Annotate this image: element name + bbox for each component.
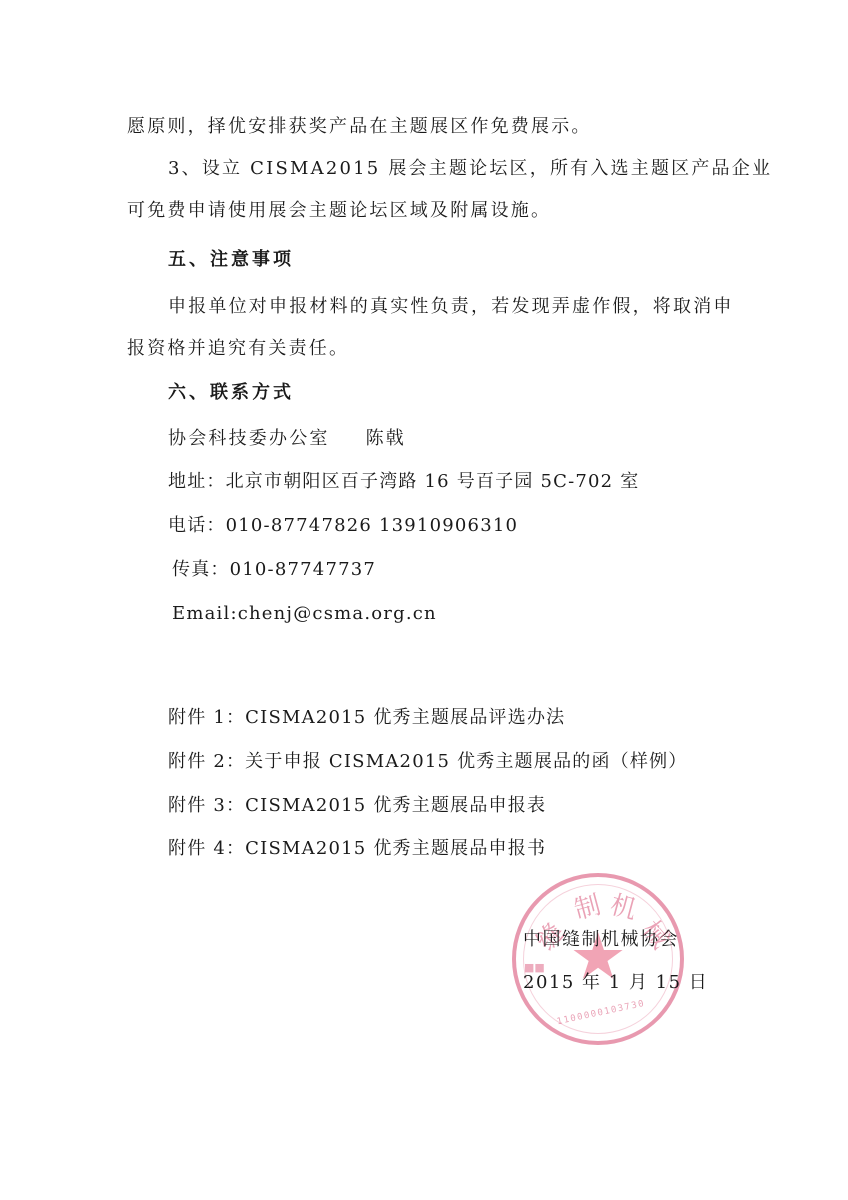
attachment-item: 附件 3：CISMA2015 优秀主题展品申报表 [168,795,546,817]
paragraph-item-3-line-1: 3、设立 CISMA2015 展会主题论坛区，所有入选主题区产品企业 [168,158,719,180]
notes-paragraph-line-2: 报资格并追究有关责任。 [127,338,349,360]
attachment-item: 附件 4：CISMA2015 优秀主题展品申报书 [168,838,546,860]
attachment-item: 附件 2：关于申报 CISMA2015 优秀主题展品的函（样例） [168,751,687,773]
contact-person: 陈戟 [366,428,406,449]
contact-fax: 传真：010-87747737 [172,559,376,581]
office-name: 协会科技委办公室 [168,428,330,449]
official-seal-stamp: 缝 制 机 械 ★ ■■ 1100000103730 [512,873,684,1045]
section-heading-contact: 六、联系方式 [168,382,294,404]
contact-email[interactable]: Email:chenj@csma.org.cn [172,603,437,625]
paragraph-item-3-line-2: 可免费申请使用展会主题论坛区域及附属设施。 [127,200,551,222]
contact-office: 协会科技委办公室陈戟 [168,428,406,450]
signature-organization: 中国缝制机械协会 [523,929,679,951]
contact-address: 地址：北京市朝阳区百子湾路 16 号百子园 5C-702 室 [168,471,639,493]
section-heading-notes: 五、注意事项 [168,249,294,271]
contact-phone: 电话：010-87747826 13910906310 [168,515,518,537]
attachment-item: 附件 1：CISMA2015 优秀主题展品评选办法 [168,707,565,729]
signature-date: 2015 年 1 月 15 日 [523,972,708,994]
paragraph-continuation: 愿原则，择优安排获奖产品在主题展区作免费展示。 [127,116,592,138]
document-page: 愿原则，择优安排获奖产品在主题展区作免费展示。 3、设立 CISMA2015 展… [0,0,848,1200]
notes-paragraph-line-1: 申报单位对申报材料的真实性负责，若发现弄虚作假，将取消申 [168,296,719,318]
